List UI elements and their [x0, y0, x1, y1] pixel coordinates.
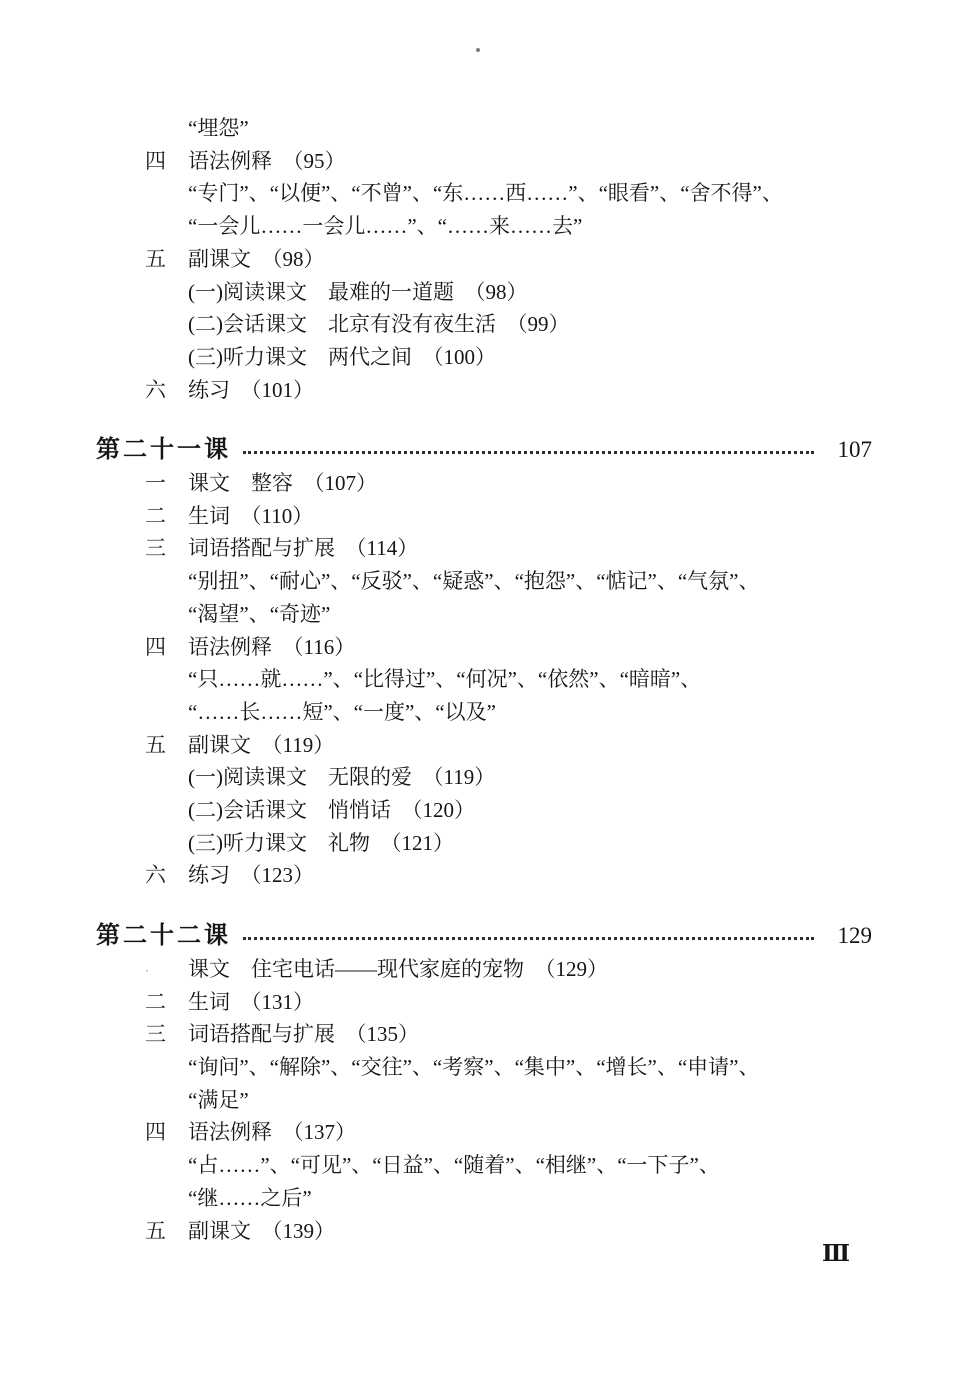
toc-section: “埋怨”四语法例释 （95）“专门”、“以便”、“不曾”、“东……西……”、“眼… — [96, 112, 872, 406]
item-text: 词语搭配与扩展 （135） — [188, 1018, 419, 1051]
toc-item: 四语法例释 （95） — [96, 145, 872, 178]
item-number: 四 — [145, 145, 188, 178]
toc-item: 四语法例释 （116） — [96, 631, 872, 664]
toc-item: ·课文 住宅电话——现代家庭的宠物 （129） — [96, 953, 872, 986]
toc-item: 六练习 （123） — [96, 859, 872, 892]
toc-subitem: (一)阅读课文 最难的一道题 （98） — [188, 276, 872, 309]
toc-detail: “埋怨” — [188, 112, 872, 145]
book-page: “埋怨”四语法例释 （95）“专门”、“以便”、“不曾”、“东……西……”、“眼… — [0, 0, 960, 1380]
toc-subitem: (二)会话课文 北京有没有夜生活 （99） — [188, 308, 872, 341]
toc-detail: “只……就……”、“比得过”、“何况”、“依然”、“暗暗”、 — [188, 663, 872, 696]
item-text: 副课文 （119） — [188, 729, 334, 762]
toc-item: 五副课文 （98） — [96, 243, 872, 276]
toc-detail: “一会儿……一会儿……”、“……来……去” — [188, 210, 872, 243]
item-text: 副课文 （139） — [188, 1215, 335, 1248]
item-number: 五 — [145, 243, 188, 276]
toc-detail: “别扭”、“耐心”、“反驳”、“疑惑”、“抱怨”、“惦记”、“气氛”、 — [188, 565, 872, 598]
chapter-row: 第二十二课129 — [96, 920, 872, 953]
item-number: 五 — [145, 729, 188, 762]
toc-item: 五副课文 （139） — [96, 1215, 872, 1248]
scan-speck — [476, 48, 480, 52]
item-number: · — [145, 955, 188, 988]
item-text: 副课文 （98） — [188, 243, 325, 276]
toc-detail: “专门”、“以便”、“不曾”、“东……西……”、“眼看”、“舍不得”、 — [188, 177, 872, 210]
toc-subitem: (三)听力课文 两代之间 （100） — [188, 341, 872, 374]
toc-detail: “占……”、“可见”、“日益”、“随着”、“相继”、“一下子”、 — [188, 1149, 872, 1182]
chapter-page-number: 107 — [828, 434, 872, 467]
item-text: 课文 住宅电话——现代家庭的宠物 （129） — [188, 953, 608, 986]
footer-page-number: Ⅲ — [822, 1240, 851, 1267]
toc-item: 二生词 （110） — [96, 500, 872, 533]
item-number: 五 — [145, 1215, 188, 1248]
item-text: 语法例释 （95） — [188, 145, 346, 178]
dot-leader — [243, 937, 814, 940]
toc-section: 第二十二课129·课文 住宅电话——现代家庭的宠物 （129）二生词 （131）… — [96, 920, 872, 1247]
item-number: 一 — [145, 467, 188, 500]
item-number: 二 — [145, 986, 188, 1019]
toc-subitem: (一)阅读课文 无限的爱 （119） — [188, 761, 872, 794]
item-number: 三 — [145, 1018, 188, 1051]
dot-leader — [243, 451, 814, 454]
item-number: 三 — [145, 532, 188, 565]
item-number: 四 — [145, 631, 188, 664]
toc-item: 一课文 整容 （107） — [96, 467, 872, 500]
toc-subitem: (三)听力课文 礼物 （121） — [188, 827, 872, 860]
toc-item: 五副课文 （119） — [96, 729, 872, 762]
toc-detail: “……长……短”、“一度”、“以及” — [188, 696, 872, 729]
item-text: 语法例释 （137） — [188, 1116, 356, 1149]
item-number: 四 — [145, 1116, 188, 1149]
item-text: 生词 （131） — [188, 986, 314, 1019]
toc-detail: “满足” — [188, 1084, 872, 1117]
item-text: 课文 整容 （107） — [188, 467, 377, 500]
item-text: 词语搭配与扩展 （114） — [188, 532, 418, 565]
toc-item: 三词语搭配与扩展 （135） — [96, 1018, 872, 1051]
item-text: 练习 （101） — [188, 374, 314, 407]
item-text: 练习 （123） — [188, 859, 314, 892]
chapter-title: 第二十一课 — [96, 434, 231, 467]
table-of-contents: “埋怨”四语法例释 （95）“专门”、“以便”、“不曾”、“东……西……”、“眼… — [96, 112, 872, 1247]
chapter-row: 第二十一课107 — [96, 434, 872, 467]
item-number: 六 — [145, 374, 188, 407]
toc-detail: “渴望”、“奇迹” — [188, 598, 872, 631]
item-number: 二 — [145, 500, 188, 533]
item-text: 生词 （110） — [188, 500, 313, 533]
toc-item: 三词语搭配与扩展 （114） — [96, 532, 872, 565]
chapter-page-number: 129 — [828, 920, 872, 953]
toc-detail: “继……之后” — [188, 1182, 872, 1215]
toc-section: 第二十一课107一课文 整容 （107）二生词 （110）三词语搭配与扩展 （1… — [96, 434, 872, 892]
item-text: 语法例释 （116） — [188, 631, 355, 664]
item-number: 六 — [145, 859, 188, 892]
toc-item: 四语法例释 （137） — [96, 1116, 872, 1149]
toc-detail: “询问”、“解除”、“交往”、“考察”、“集中”、“增长”、“申请”、 — [188, 1051, 872, 1084]
chapter-title: 第二十二课 — [96, 920, 231, 953]
toc-item: 六练习 （101） — [96, 374, 872, 407]
toc-item: 二生词 （131） — [96, 986, 872, 1019]
toc-subitem: (二)会话课文 悄悄话 （120） — [188, 794, 872, 827]
